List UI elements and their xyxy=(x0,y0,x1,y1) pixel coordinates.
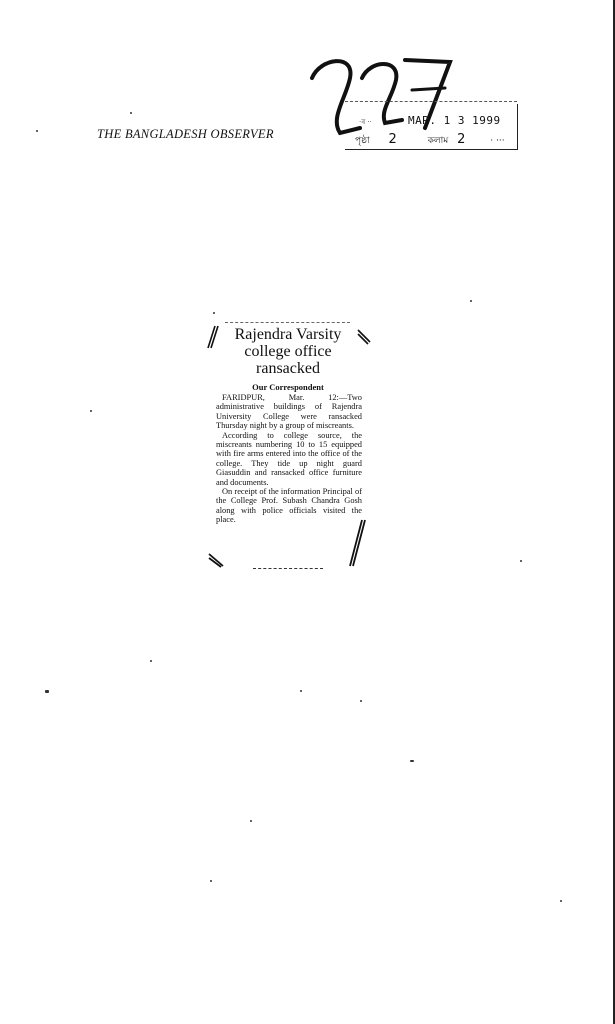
clip-byline: Our Correspondent xyxy=(213,382,363,392)
stamp-prefix: ·ৰ ·· xyxy=(359,116,372,128)
clip-corner-mark-bottom-left xyxy=(207,552,225,568)
newspaper-masthead: THE BANGLADESH OBSERVER xyxy=(97,127,274,142)
stamp-page-label: পৃষ্ঠা xyxy=(355,133,370,148)
news-clipping: Rajendra Varsity college office ransacke… xyxy=(213,322,373,572)
clip-top-cut-line xyxy=(225,322,350,323)
scanned-page: THE BANGLADESH OBSERVER 227 ·ৰ ·· MAR. 1… xyxy=(0,0,615,1024)
stamp-column-label: কলাম xyxy=(428,133,449,148)
stamp-page-column-row: পৃষ্ঠা 2 কলাম 2 · ··· xyxy=(355,132,505,148)
stamp-trailing: · ··· xyxy=(490,136,504,146)
clip-paragraph: FARIDPUR, Mar. 12:—Two administrative bu… xyxy=(216,393,362,431)
clip-corner-mark-bottom-right xyxy=(349,518,367,568)
clip-paragraph: On receipt of the information Principal … xyxy=(216,487,362,525)
stamp-column-value: 2 xyxy=(457,132,465,147)
stamp-date: MAR. 1 3 1999 xyxy=(408,114,501,127)
clip-bottom-cut-line xyxy=(253,568,323,569)
date-stamp: ·ৰ ·· MAR. 1 3 1999 পৃষ্ঠা 2 কলাম 2 · ··… xyxy=(345,104,518,150)
clip-paragraph: According to college source, the miscrea… xyxy=(216,431,362,487)
clip-body: FARIDPUR, Mar. 12:—Two administrative bu… xyxy=(216,393,362,525)
clip-headline: Rajendra Varsity college office ransacke… xyxy=(213,326,363,377)
stamp-page-value: 2 xyxy=(388,132,396,147)
